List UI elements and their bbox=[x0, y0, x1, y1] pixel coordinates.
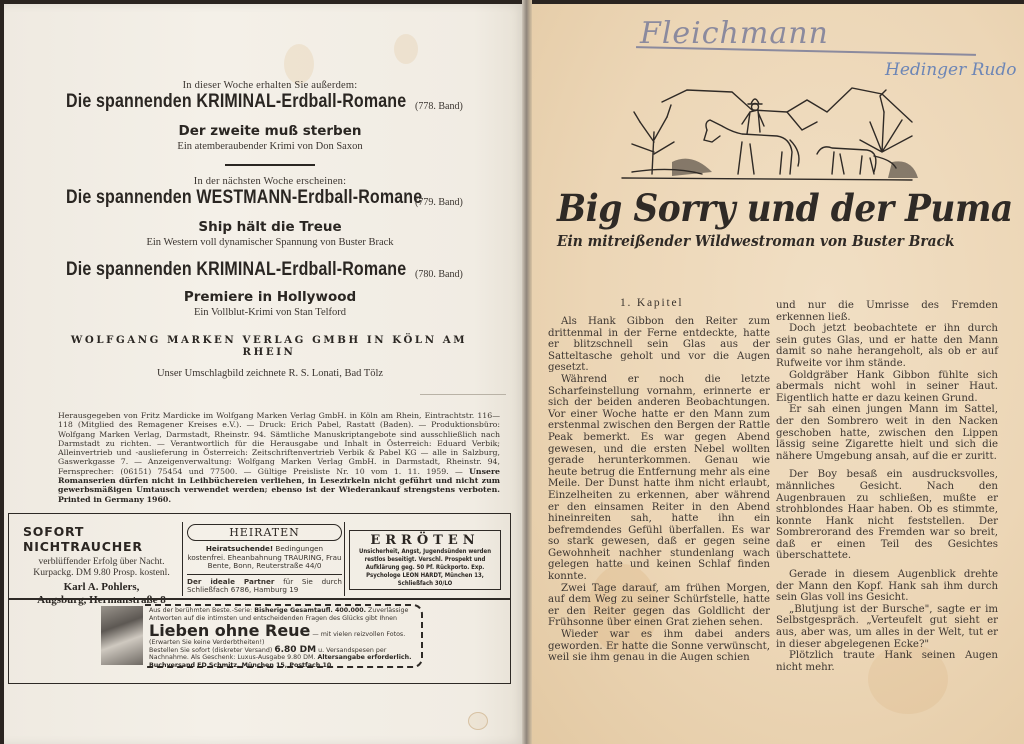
cover-credit: Unser Umschlagbild zeichnete R. S. Lonat… bbox=[30, 368, 510, 379]
announcement-2-series-row: Die spannenden WESTMANN-Erdball-Romane (… bbox=[66, 186, 546, 209]
paragraph: „Blutjung ist der Bursche", sagte er im … bbox=[776, 604, 998, 650]
ad-stop-smoking: SOFORT NICHTRAUCHER verblüffender Erfolg… bbox=[19, 524, 184, 600]
cover-credit-wrap: Unser Umschlagbild zeichnete R. S. Lonat… bbox=[30, 368, 510, 379]
paragraph: Doch jetzt beobachtete er ihn durch sein… bbox=[776, 323, 998, 369]
announcement-3-title-wrap: Premiere in Hollywood Ein Vollblut-Krimi… bbox=[30, 289, 510, 318]
novel-subtitle: Ein mitreißender Wildwestroman von Buste… bbox=[557, 232, 955, 250]
divider-line bbox=[420, 394, 506, 395]
paragraph: Wieder war es ihm dabei anders geworden.… bbox=[548, 629, 770, 664]
ad-divider bbox=[182, 522, 183, 596]
novel-title: Ship hält die Treue bbox=[30, 219, 510, 235]
handwritten-owner-name: Hedinger Rudo bbox=[885, 60, 1017, 80]
paragraph: Als Hank Gibbon den Reiter zum drittenma… bbox=[548, 316, 770, 374]
advertisements-box: SOFORT NICHTRAUCHER verblüffender Erfolg… bbox=[8, 513, 511, 684]
ad-text: Unsicherheit, Angst, Jugendsünden werden… bbox=[358, 548, 493, 588]
handwritten-crossed-name: Fleichmann bbox=[640, 16, 829, 51]
ad-book-title: Lieben ohne Reue bbox=[149, 621, 310, 640]
ad-divider bbox=[344, 522, 345, 596]
paragraph: Er sah einen jungen Mann im Sattel, der … bbox=[776, 404, 998, 462]
publisher-name: WOLFGANG MARKEN VERLAG GMBH IN KÖLN AM R… bbox=[44, 334, 494, 358]
series-name: Die spannenden KRIMINAL-Erdball-Romane bbox=[66, 258, 406, 281]
series-name: Die spannenden WESTMANN-Erdball-Romane bbox=[66, 186, 422, 209]
paper-stain bbox=[394, 34, 418, 64]
announcement-1-series-row: Die spannenden KRIMINAL-Erdball-Romane (… bbox=[66, 90, 546, 113]
ad-book-love: Aus der berühmten Beste.-Serie: Bisherig… bbox=[101, 604, 423, 668]
coffee-stain bbox=[468, 712, 488, 730]
paragraph: und nur die Umrisse des Fremden erkennen… bbox=[776, 300, 998, 323]
ad-text-2: Der ideale Partner für Sie durch Schließ… bbox=[187, 578, 342, 595]
ad-price: 6.80 DM bbox=[274, 645, 316, 655]
publisher-wrap: WOLFGANG MARKEN VERLAG GMBH IN KÖLN AM R… bbox=[44, 334, 494, 358]
ad-rule bbox=[187, 574, 342, 575]
paper-stain bbox=[284, 44, 314, 84]
ad-horizontal-divider bbox=[9, 598, 510, 600]
band-number: (779. Band) bbox=[415, 197, 463, 208]
novel-title: Premiere in Hollywood bbox=[30, 289, 510, 305]
series-name: Die spannenden KRIMINAL-Erdball-Romane bbox=[66, 90, 406, 113]
novel-subtitle: Ein atemberaubender Krimi von Don Saxon bbox=[30, 141, 510, 152]
ad-text: verblüffender Erfolg über Nacht. Kurpack… bbox=[19, 557, 184, 578]
paragraph: Goldgräber Hank Gibbon fühlte sich aberm… bbox=[776, 370, 998, 405]
ad-address: Buchversand ED Schmitz, München 15, Post… bbox=[149, 662, 331, 669]
ad-marriage: HEIRATEN Heiratsuchende! Bedingungen kos… bbox=[187, 524, 342, 596]
paragraph: Während er noch die letzte Scharfeinstel… bbox=[548, 374, 770, 583]
ad-print-run: Bisherige Gesamtaufl. 400.000. bbox=[254, 607, 366, 614]
ad-contact-name: Karl A. Pohlers, bbox=[19, 581, 184, 594]
imprint-body: Herausgegeben von Fritz Mardicke im Wolf… bbox=[58, 411, 500, 476]
chapter-heading: 1. Kapitel bbox=[620, 297, 683, 309]
ad-headline: SOFORT NICHTRAUCHER bbox=[19, 524, 184, 554]
ad-headline: ERRÖTEN bbox=[350, 533, 500, 548]
book-spine-gutter bbox=[522, 0, 532, 744]
band-number: (780. Band) bbox=[415, 269, 463, 280]
announcement-1-title-wrap: Der zweite muß sterben Ein atemberaubend… bbox=[30, 123, 510, 166]
paragraph: Zwei Tage darauf, am frühen Morgen, auf … bbox=[548, 583, 770, 629]
text-column-left: Als Hank Gibbon den Reiter zum drittenma… bbox=[548, 316, 770, 664]
ad-order: Bestellen Sie sofort (diskreter Versand) bbox=[149, 647, 272, 654]
ad-text: Aus der berühmten Beste.-Serie: Bisherig… bbox=[149, 607, 415, 670]
text-column-right: und nur die Umrisse des Fremden erkennen… bbox=[776, 300, 998, 673]
paragraph: Der Boy besaß ein ausdrucksvolles, männl… bbox=[776, 469, 998, 562]
ad-text: Heiratsuchende! Bedingungen kostenfrei. … bbox=[187, 545, 342, 571]
novel-title: Big Sorry und der Puma bbox=[557, 186, 1013, 230]
paragraph: Gerade in diesem Augenblick drehte der M… bbox=[776, 569, 998, 604]
paragraph: Plötzlich traute Hank seinen Augen nicht… bbox=[776, 650, 998, 673]
novel-subtitle: Ein Vollblut-Krimi von Stan Telford bbox=[30, 307, 510, 318]
announcement-2-title-wrap: Ship hält die Treue Ein Western voll dyn… bbox=[30, 219, 510, 248]
announcement-3-series-row: Die spannenden KRIMINAL-Erdball-Romane (… bbox=[66, 258, 546, 281]
band-number: (778. Band) bbox=[415, 101, 463, 112]
novel-title: Der zweite muß sterben bbox=[30, 123, 510, 139]
ad-age-note: Altersangabe erforderlich. bbox=[317, 654, 411, 661]
ad-headline: HEIRATEN bbox=[187, 524, 342, 541]
ad-intro: Aus der berühmten Beste.-Serie: bbox=[149, 607, 252, 614]
rider-on-horse-with-puma-icon bbox=[612, 82, 924, 186]
divider-rule bbox=[225, 164, 315, 166]
couple-photo-icon bbox=[101, 606, 143, 665]
imprint-text: Herausgegeben von Fritz Mardicke im Wolf… bbox=[58, 411, 500, 504]
ad-blushing: ERRÖTEN Unsicherheit, Angst, Jugendsünde… bbox=[349, 530, 501, 590]
novel-subtitle: Ein Western voll dynamischer Spannung vo… bbox=[30, 237, 510, 248]
